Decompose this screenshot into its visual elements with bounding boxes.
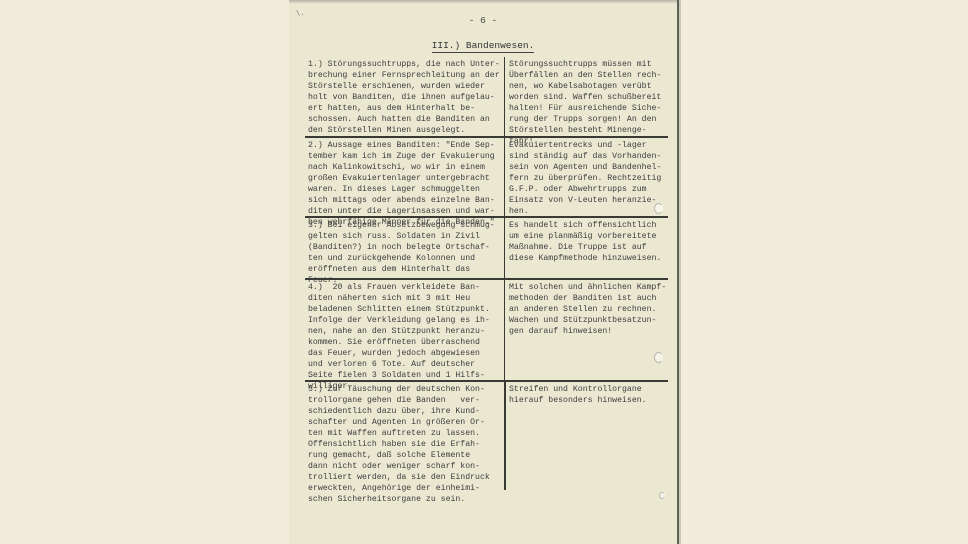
section-title-text: III.) Bandenwesen. bbox=[432, 40, 535, 53]
paper-hole-mark bbox=[654, 203, 663, 214]
measure-cell: Störungssuchtrupps müssen mit Überfällen… bbox=[505, 57, 668, 136]
paper-hole-mark bbox=[654, 352, 663, 363]
report-table: 1.) Störungssuchtrupps, die nach Unter- … bbox=[305, 57, 668, 532]
measure-cell: Es handelt sich offensichtlich um eine p… bbox=[505, 218, 668, 278]
column-divider bbox=[504, 382, 506, 490]
table-row: 5.) Zur Täuschung der deutschen Kon- tro… bbox=[305, 382, 668, 532]
table-row: 3.) Bei eigener Absetzbewegung schmug- g… bbox=[305, 218, 668, 280]
paper-hole-mark bbox=[659, 492, 665, 499]
table-row: 1.) Störungssuchtrupps, die nach Unter- … bbox=[305, 57, 668, 138]
measure-cell: Evakuiertentrecks und -lager sind ständi… bbox=[505, 138, 668, 216]
section-title: III.) Bandenwesen. bbox=[289, 40, 677, 51]
incident-cell: 4.) 20 als Frauen verkleidete Ban- diten… bbox=[305, 280, 505, 380]
page-number: - 6 - bbox=[289, 15, 677, 26]
incident-cell: 3.) Bei eigener Absetzbewegung schmug- g… bbox=[305, 218, 505, 278]
measure-cell: Mit solchen und ähnlichen Kampf- methode… bbox=[505, 280, 668, 380]
table-row: 2.) Aussage eines Banditen: "Ende Sep- t… bbox=[305, 138, 668, 218]
measure-cell: Streifen und Kontrollorgane hierauf beso… bbox=[505, 382, 668, 532]
table-row: 4.) 20 als Frauen verkleidete Ban- diten… bbox=[305, 280, 668, 382]
document-page: \. - 6 - III.) Bandenwesen. 1.) Störungs… bbox=[289, 0, 677, 544]
incident-cell: 2.) Aussage eines Banditen: "Ende Sep- t… bbox=[305, 138, 505, 216]
page-edge-shadow bbox=[679, 0, 681, 544]
incident-cell: 5.) Zur Täuschung der deutschen Kon- tro… bbox=[305, 382, 505, 532]
incident-cell: 1.) Störungssuchtrupps, die nach Unter- … bbox=[305, 57, 505, 136]
